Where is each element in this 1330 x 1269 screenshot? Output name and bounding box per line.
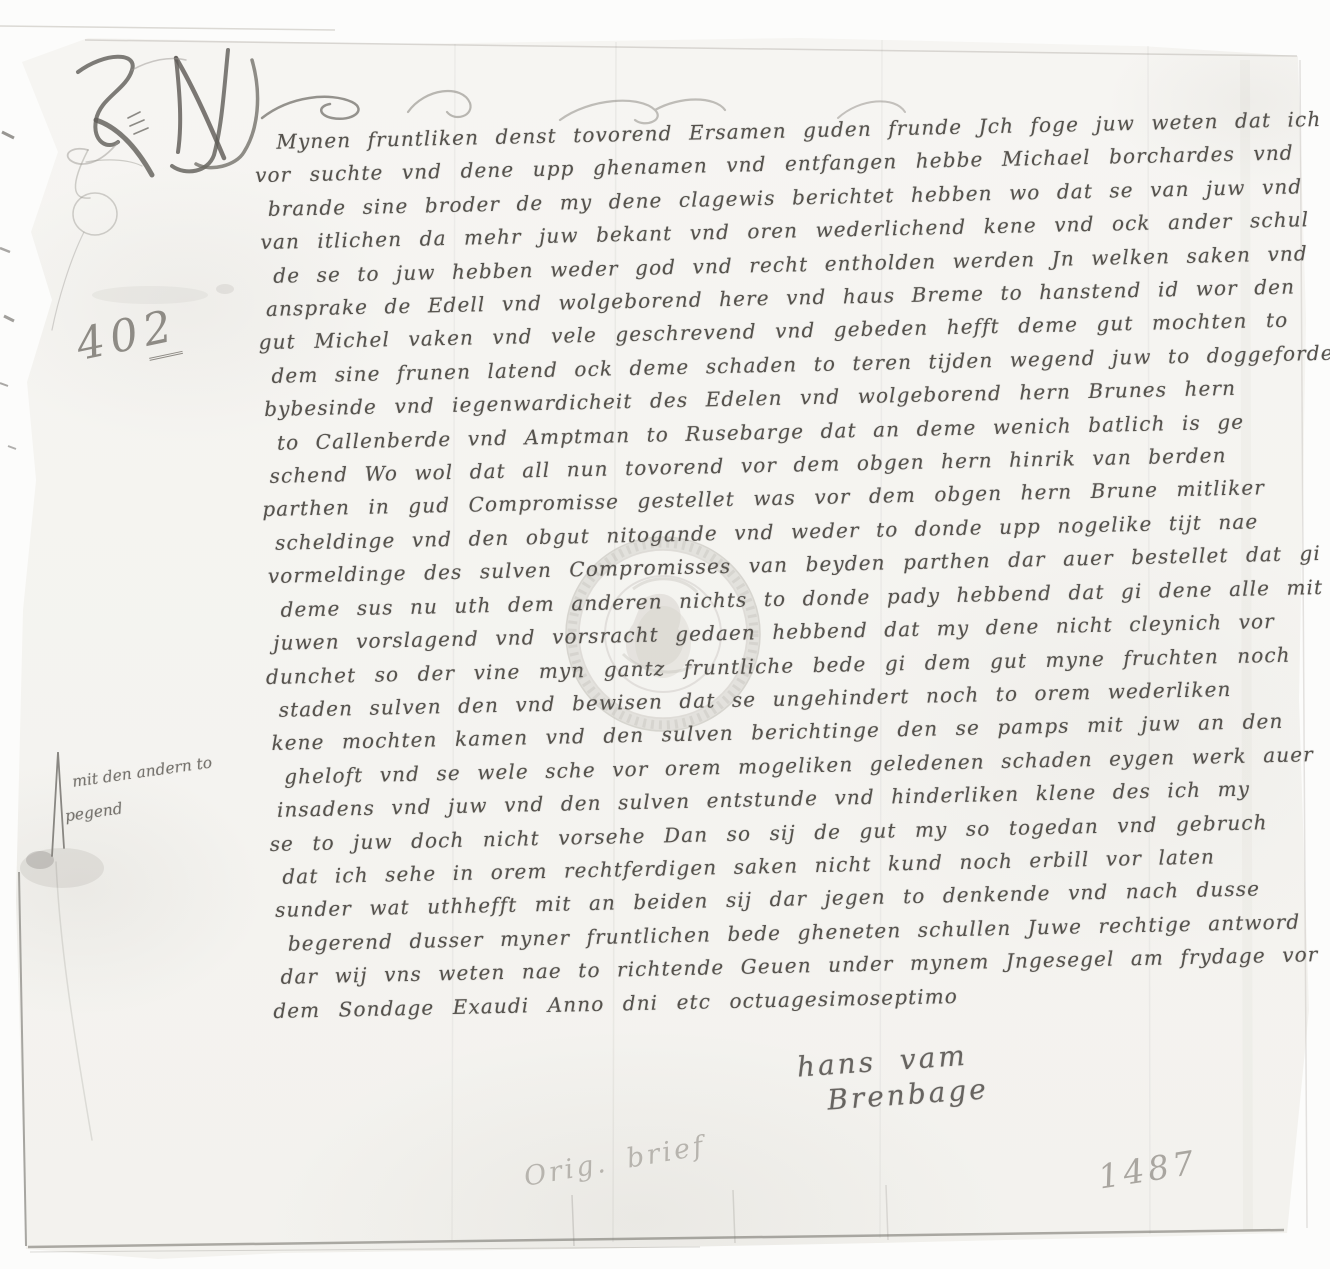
signature-block: hans vam Brenbage	[796, 1037, 990, 1118]
scanned-letter-canvas: Mynen fruntliken denst tovorend Ersamen …	[0, 0, 1330, 1269]
torn-edge-marks	[0, 132, 16, 449]
manuscript-text-block: Mynen fruntliken denst tovorend Ersamen …	[262, 103, 1326, 1028]
